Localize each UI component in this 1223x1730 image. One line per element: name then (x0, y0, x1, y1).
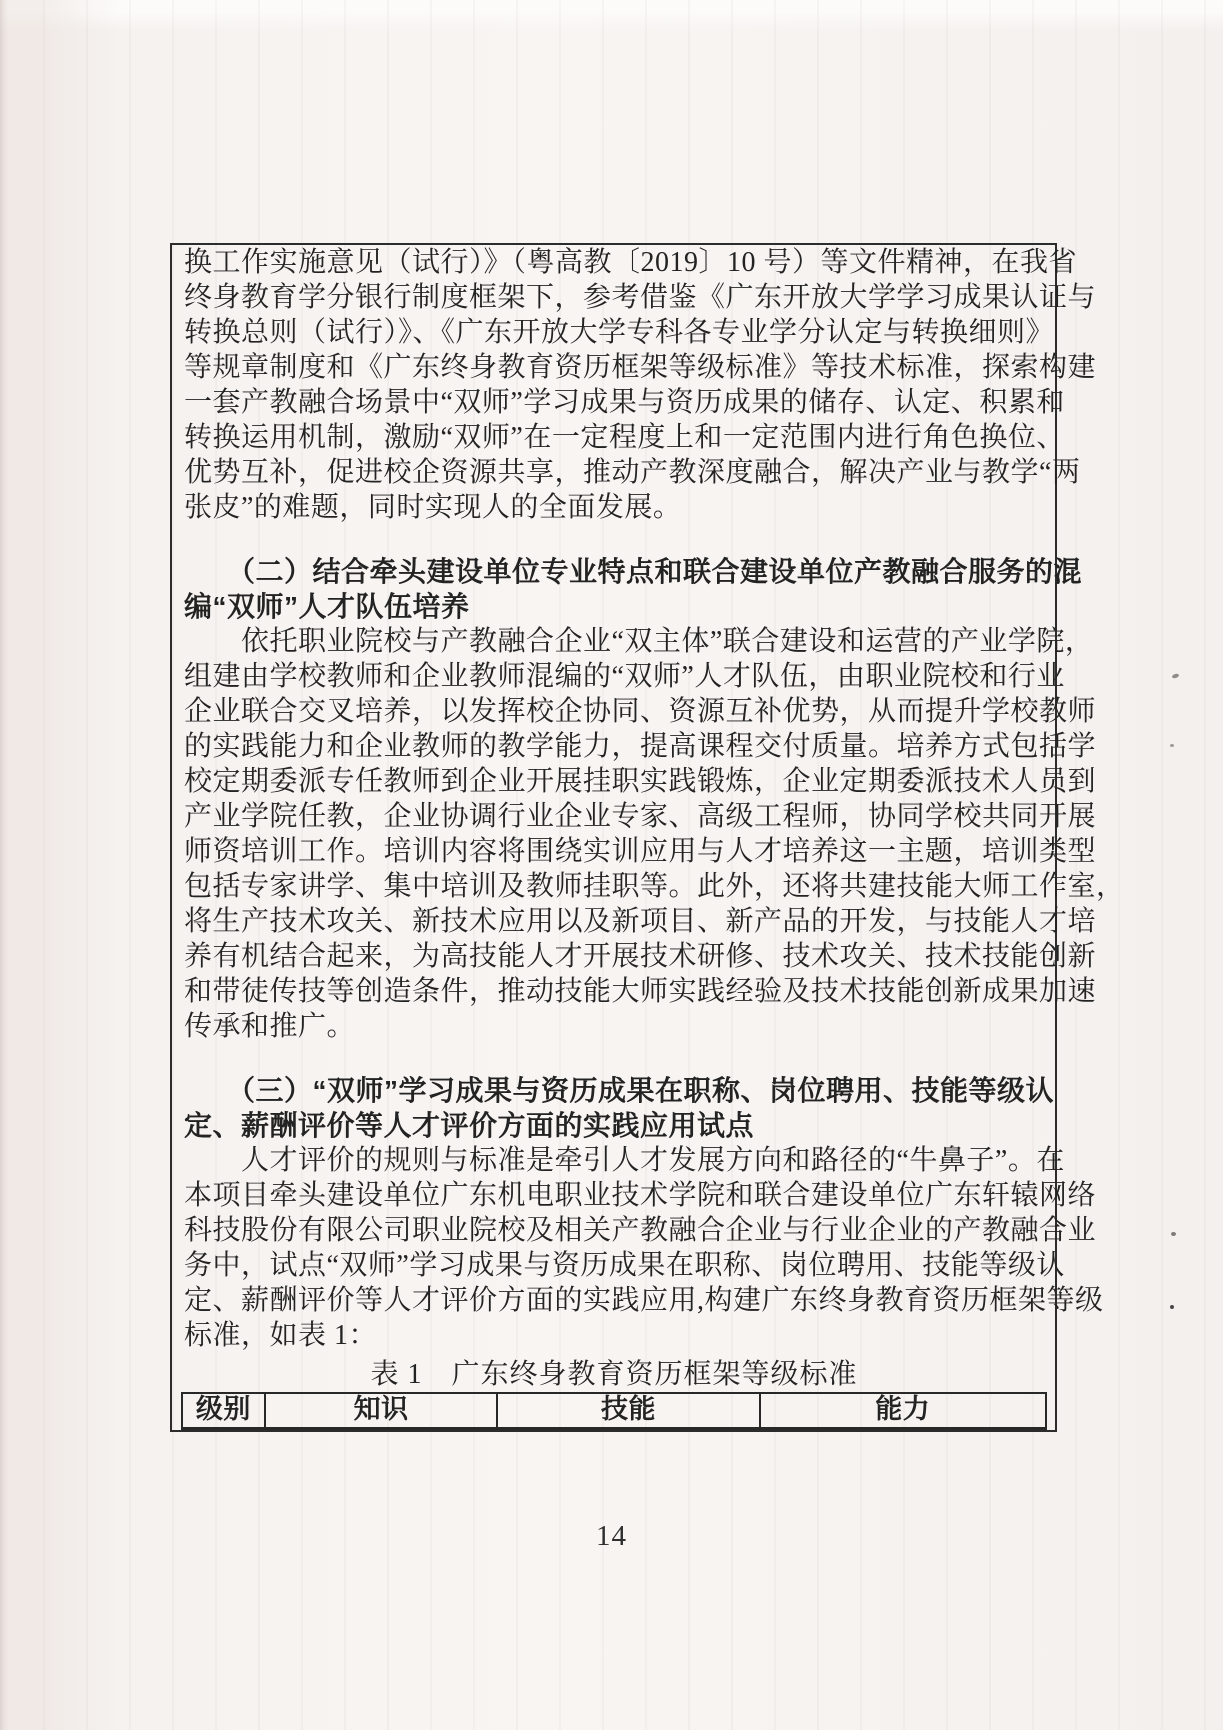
scan-edge-shadow (0, 0, 8, 1730)
paragraph-dual-teacher-team: 依托职业院校与产教融合企业“双主体”联合建设和运营的产业学院，组建由学校教师和企… (184, 624, 1044, 1044)
text-line: 本项目牵头建设单位广东机电职业技术学院和联合建设单位广东轩辕网络 (184, 1178, 1044, 1213)
text-line: 优势互补，促进校企资源共享，推动产教深度融合，解决产业与教学“两 (184, 455, 1044, 490)
scan-speck (1170, 1305, 1174, 1309)
text-line: 校定期委派专任教师到企业开展挂职实践锻炼，企业定期委派技术人员到 (184, 764, 1044, 799)
text-line: 转换运用机制，激励“双师”在一定程度上和一定范围内进行角色换位、 (184, 420, 1044, 455)
table-header-ability: 能力 (761, 1394, 1045, 1427)
text-line: 定、薪酬评价等人才评价方面的实践应用,构建广东终身教育资历框架等级 (184, 1283, 1044, 1318)
text-line: 终身教育学分银行制度框架下，参考借鉴《广东开放大学学习成果认证与 (184, 280, 1044, 315)
heading-section-2: （二）结合牵头建设单位专业特点和联合建设单位产教融合服务的混编“双师”人才队伍培… (184, 554, 1044, 624)
text-line: 务中，试点“双师”学习成果与资历成果在职称、岗位聘用、技能等级认 (184, 1248, 1044, 1283)
text-line: 将生产技术攻关、新技术应用以及新项目、新产品的开发，与技能人才培 (184, 904, 1044, 939)
scan-speck (1170, 744, 1174, 747)
table-header-skill: 技能 (498, 1394, 760, 1427)
qualification-level-table: 级别 知识 技能 能力 (181, 1392, 1047, 1430)
text-line: 标准，如表 1： (184, 1318, 1044, 1353)
text-line: 科技股份有限公司职业院校及相关产教融合企业与行业企业的产教融合业 (184, 1213, 1044, 1248)
heading-section-3: （三）“双师”学习成果与资历成果在职称、岗位聘用、技能等级认定、薪酬评价等人才评… (184, 1073, 1044, 1143)
text-line: 张皮”的难题，同时实现人的全面发展。 (184, 490, 1044, 525)
text-line: 师资培训工作。培训内容将围绕实训应用与人才培养这一主题，培训类型 (184, 834, 1044, 869)
text-line: 等规章制度和《广东终身教育资历框架等级标准》等技术标准，探索构建 (184, 350, 1044, 385)
paragraph-credit-transfer: 换工作实施意见（试行）》（粤高教〔2019〕10 号）等文件精神，在我省终身教育… (184, 245, 1044, 525)
text-line: 传承和推广。 (184, 1009, 1044, 1044)
text-line: 和带徒传技等创造条件，推动技能大师实践经验及技术技能创新成果加速 (184, 974, 1044, 1009)
text-line: 一套产教融合场景中“双师”学习成果与资历成果的储存、认定、积累和 (184, 385, 1044, 420)
text-line: 的实践能力和企业教师的教学能力，提高课程交付质量。培养方式包括学 (184, 729, 1044, 764)
scan-speck (1172, 673, 1180, 679)
text-line: 换工作实施意见（试行）》（粤高教〔2019〕10 号）等文件精神，在我省 (184, 245, 1044, 280)
text-line: （三）“双师”学习成果与资历成果在职称、岗位聘用、技能等级认 (184, 1073, 1044, 1108)
text-line: 人才评价的规则与标准是牵引人才发展方向和路径的“牛鼻子”。在 (184, 1143, 1044, 1178)
table-header-knowledge: 知识 (266, 1394, 499, 1427)
table-header-level: 级别 (183, 1394, 266, 1427)
text-line: （二）结合牵头建设单位专业特点和联合建设单位产教融合服务的混 (184, 554, 1044, 589)
text-line: 产业学院任教，企业协调行业企业专家、高级工程师，协同学校共同开展 (184, 799, 1044, 834)
text-line: 养有机结合起来，为高技能人才开展技术研修、技术攻关、技术技能创新 (184, 939, 1044, 974)
text-line: 企业联合交叉培养，以发挥校企协同、资源互补优势，从而提升学校教师 (184, 694, 1044, 729)
scanned-document-page: 换工作实施意见（试行）》（粤高教〔2019〕10 号）等文件精神，在我省终身教育… (0, 0, 1223, 1730)
text-line: 组建由学校教师和企业教师混编的“双师”人才队伍，由职业院校和行业 (184, 659, 1044, 694)
text-line: 转换总则（试行）》、《广东开放大学专科各专业学分认定与转换细则》 (184, 315, 1044, 350)
document-content-box: 换工作实施意见（试行）》（粤高教〔2019〕10 号）等文件精神，在我省终身教育… (170, 243, 1057, 1432)
text-line: 包括专家讲学、集中培训及教师挂职等。此外，还将共建技能大师工作室， (184, 869, 1044, 904)
text-line: 编“双师”人才队伍培养 (184, 589, 1044, 624)
text-line: 定、薪酬评价等人才评价方面的实践应用试点 (184, 1108, 1044, 1143)
page-number: 14 (0, 1520, 1223, 1553)
scan-speck (1171, 1232, 1176, 1236)
paragraph-talent-evaluation: 人才评价的规则与标准是牵引人才发展方向和路径的“牛鼻子”。在本项目牵头建设单位广… (184, 1143, 1044, 1353)
table-caption: 表 1 广东终身教育资历框架等级标准 (184, 1358, 1044, 1392)
text-line: 依托职业院校与产教融合企业“双主体”联合建设和运营的产业学院， (184, 624, 1044, 659)
